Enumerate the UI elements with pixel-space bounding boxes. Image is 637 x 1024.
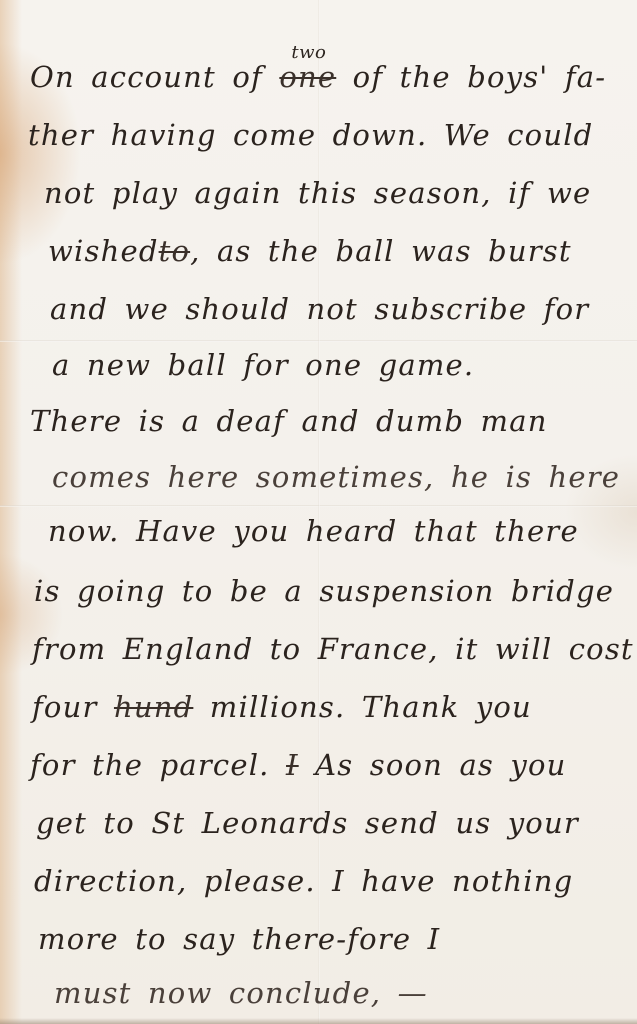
letter-line-17: must now conclude, —	[54, 976, 428, 1010]
letter-line-9: now. Have you heard that there	[48, 514, 579, 548]
struck-word: to	[159, 234, 191, 268]
letter-line-10: is going to be a suspension bridge	[34, 574, 614, 608]
letter-line-4: wishedto, as the ball was burst	[48, 234, 572, 268]
struck-word: I	[286, 748, 299, 782]
letter-line-13: for the parcel. I As soon as you	[30, 748, 567, 782]
letter-line-8: comes here sometimes, he is here	[52, 460, 620, 494]
letter-line-5: and we should not subscribe for	[50, 292, 589, 326]
letter-line-11: from England to France, it will cost	[32, 632, 634, 666]
letter-line-16: more to say there-fore I	[38, 922, 440, 956]
letter-line-3: not play again this season, if we	[44, 176, 591, 210]
letter-line-15: direction, please. I have nothing	[34, 864, 573, 898]
letter-page: On account of onetwo of the boys' fa- th…	[0, 0, 637, 1024]
letter-line-14: get to St Leonards send us your	[36, 806, 579, 840]
letter-line-6: a new ball for one game.	[52, 348, 474, 382]
struck-word: one	[279, 60, 336, 94]
letter-line-2: ther having come down. We could	[28, 118, 593, 152]
struck-word: hund	[114, 690, 193, 724]
letter-line-1: On account of onetwo of the boys' fa-	[30, 60, 606, 94]
correction: onetwo	[279, 60, 336, 94]
letter-line-7: There is a deaf and dumb man	[30, 404, 548, 438]
letter-line-12: four hund millions. Thank you	[32, 690, 532, 724]
paper-bottom-edge	[0, 1018, 637, 1024]
inserted-word: two	[291, 42, 326, 63]
